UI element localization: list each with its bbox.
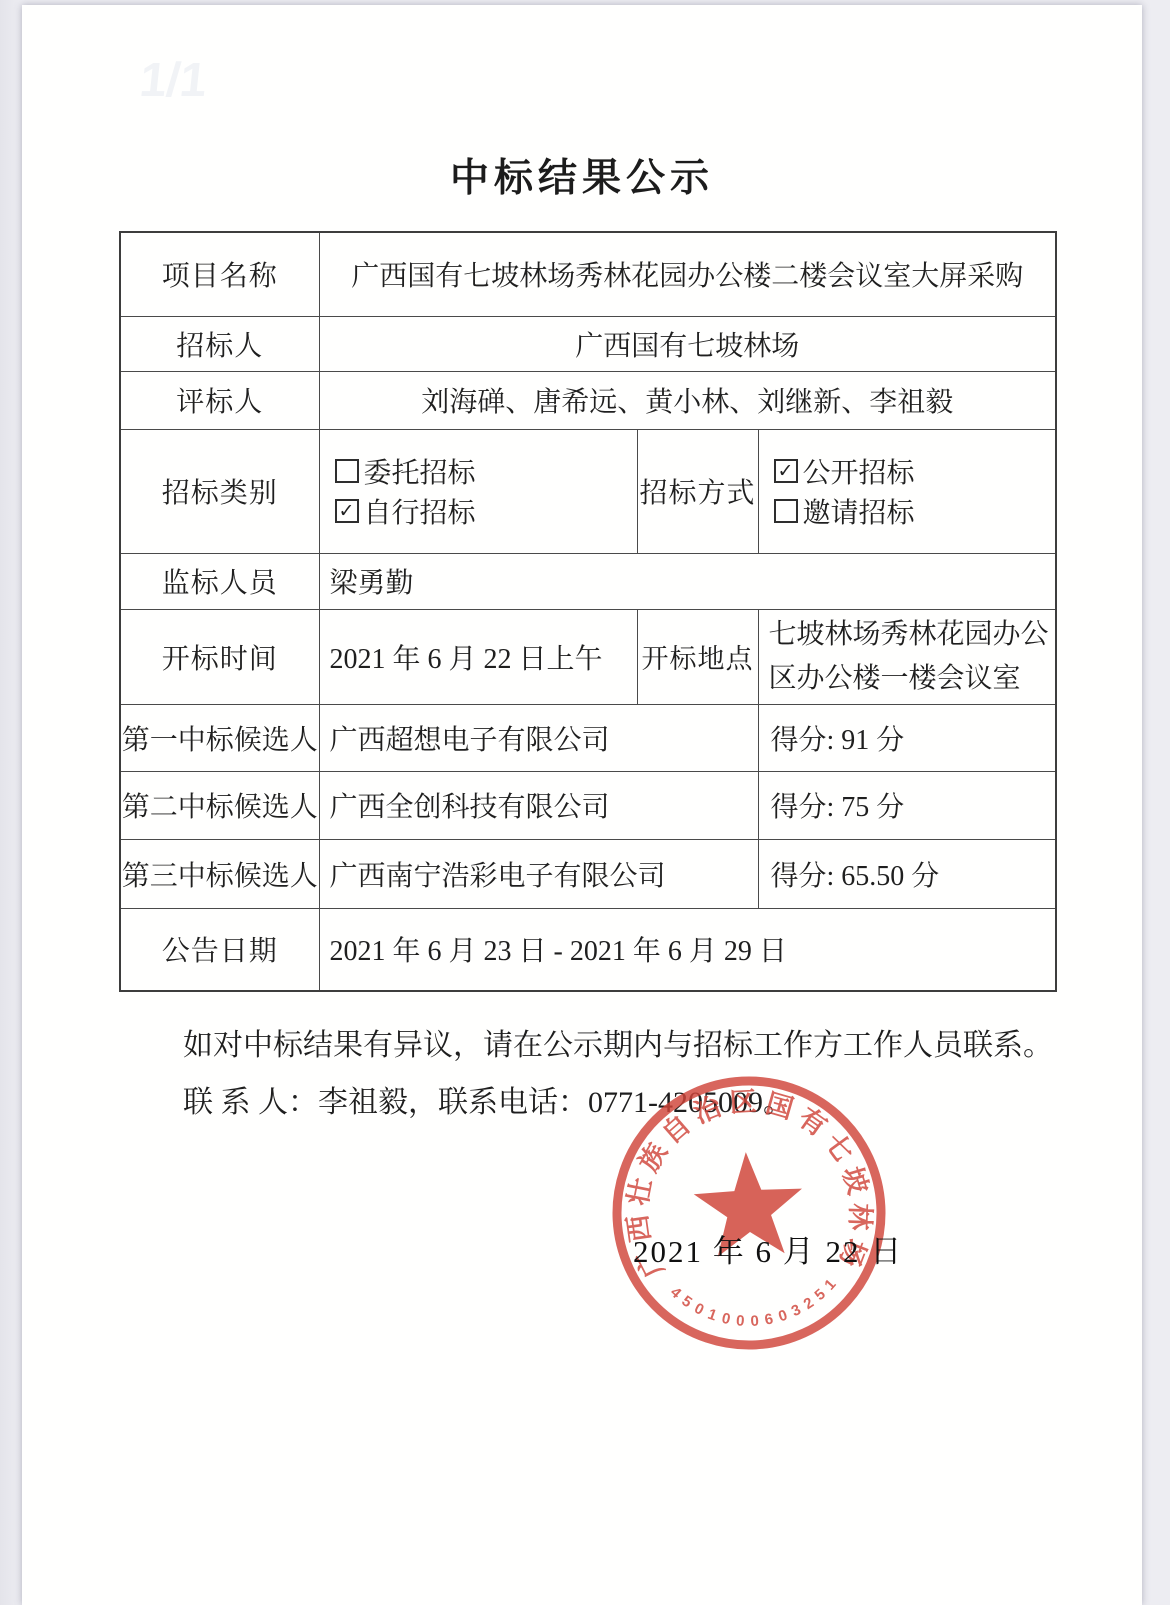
candidate-1-company: 广西超想电子有限公司 (319, 704, 758, 771)
opening-time-value: 2021 年 6 月 22 日上午 (319, 609, 637, 704)
checkbox-option-zixing: ✓ 自行招标 (335, 491, 636, 531)
row-label-bid-method: 招标方式 (637, 429, 758, 553)
row-label-tenderer: 招标人 (120, 316, 319, 371)
table-row: 第二中标候选人 广西全创科技有限公司 得分: 75 分 (120, 771, 1056, 839)
document-page: 1/1 中标结果公示 项目名称 广西国有七坡林场秀林花园办公楼二楼会议室大屏采购… (22, 5, 1142, 1605)
row-label-opening-place: 开标地点 (637, 609, 758, 704)
tenderer-value: 广西国有七坡林场 (319, 316, 1056, 371)
table-row: 第一中标候选人 广西超想电子有限公司 得分: 91 分 (120, 704, 1056, 771)
bid-result-table: 项目名称 广西国有七坡林场秀林花园办公楼二楼会议室大屏采购 招标人 广西国有七坡… (119, 231, 1057, 992)
checkbox-option-yaoqing: ✓ 邀请招标 (774, 491, 1055, 531)
row-label-announce-date: 公告日期 (120, 908, 319, 991)
supervisor-value: 梁勇勤 (319, 553, 1056, 609)
row-label-candidate-2: 第二中标候选人 (120, 771, 319, 839)
checkbox-label: 公开招标 (803, 451, 915, 491)
page-indicator: 1/1 (137, 53, 210, 108)
candidate-3-company: 广西南宁浩彩电子有限公司 (319, 839, 758, 908)
objection-note: 如对中标结果有异议，请在公示期内与招标工作方工作人员联系。 (183, 1017, 1093, 1074)
row-label-evaluators: 评标人 (120, 371, 319, 429)
candidate-2-score: 得分: 75 分 (758, 771, 1056, 839)
announce-date-value: 2021 年 6 月 23 日 - 2021 年 6 月 29 日 (319, 908, 1056, 991)
table-row: 项目名称 广西国有七坡林场秀林花园办公楼二楼会议室大屏采购 (120, 232, 1056, 316)
check-icon: ✓ (339, 502, 355, 521)
table-row: 评标人 刘海䃅、唐希远、黄小林、刘继新、李祖毅 (120, 371, 1056, 429)
bid-method-options: ✓ 公开招标 ✓ 邀请招标 (758, 429, 1056, 553)
document-title: 中标结果公示 (22, 147, 1142, 203)
project-name-value: 广西国有七坡林场秀林花园办公楼二楼会议室大屏采购 (319, 232, 1056, 316)
checkbox-label: 委托招标 (364, 451, 476, 491)
table-row: 招标类别 ✓ 委托招标 ✓ 自行招标 招标方式 (120, 429, 1056, 553)
candidate-1-score: 得分: 91 分 (758, 704, 1056, 771)
checkbox-option-weituo: ✓ 委托招标 (335, 451, 636, 491)
candidate-3-score: 得分: 65.50 分 (758, 839, 1056, 908)
bid-category-options: ✓ 委托招标 ✓ 自行招标 (319, 429, 637, 553)
table-row: 第三中标候选人 广西南宁浩彩电子有限公司 得分: 65.50 分 (120, 839, 1056, 908)
checkbox-label: 自行招标 (364, 491, 476, 531)
table-row: 公告日期 2021 年 6 月 23 日 - 2021 年 6 月 29 日 (120, 908, 1056, 991)
checkbox-icon: ✓ (774, 459, 798, 483)
row-label-opening-time: 开标时间 (120, 609, 319, 704)
checkbox-icon: ✓ (335, 459, 359, 483)
row-label-bid-category: 招标类别 (120, 429, 319, 553)
evaluators-value: 刘海䃅、唐希远、黄小林、刘继新、李祖毅 (319, 371, 1056, 429)
checkbox-icon: ✓ (335, 499, 359, 523)
table-row: 招标人 广西国有七坡林场 (120, 316, 1056, 371)
table-row: 监标人员 梁勇勤 (120, 553, 1056, 609)
row-label-candidate-1: 第一中标候选人 (120, 704, 319, 771)
table-row: 开标时间 2021 年 6 月 22 日上午 开标地点 七坡林场秀林花园办公区办… (120, 609, 1056, 704)
check-icon: ✓ (778, 462, 794, 481)
official-red-seal: 广西壮族自治区国有七坡林场 4501000603251 (591, 1055, 906, 1370)
row-label-candidate-3: 第三中标候选人 (120, 839, 319, 908)
checkbox-label: 邀请招标 (803, 491, 915, 531)
signature-date: 2021 年 6 月 22 日 (633, 1226, 903, 1271)
checkbox-icon: ✓ (774, 499, 798, 523)
candidate-2-company: 广西全创科技有限公司 (319, 771, 758, 839)
opening-place-value: 七坡林场秀林花园办公区办公楼一楼会议室 (758, 609, 1056, 704)
row-label-supervisor: 监标人员 (120, 553, 319, 609)
row-label-project: 项目名称 (120, 232, 319, 316)
checkbox-option-gongkai: ✓ 公开招标 (774, 451, 1055, 491)
scanned-page-background: 1/1 中标结果公示 项目名称 广西国有七坡林场秀林花园办公楼二楼会议室大屏采购… (0, 0, 1170, 1605)
